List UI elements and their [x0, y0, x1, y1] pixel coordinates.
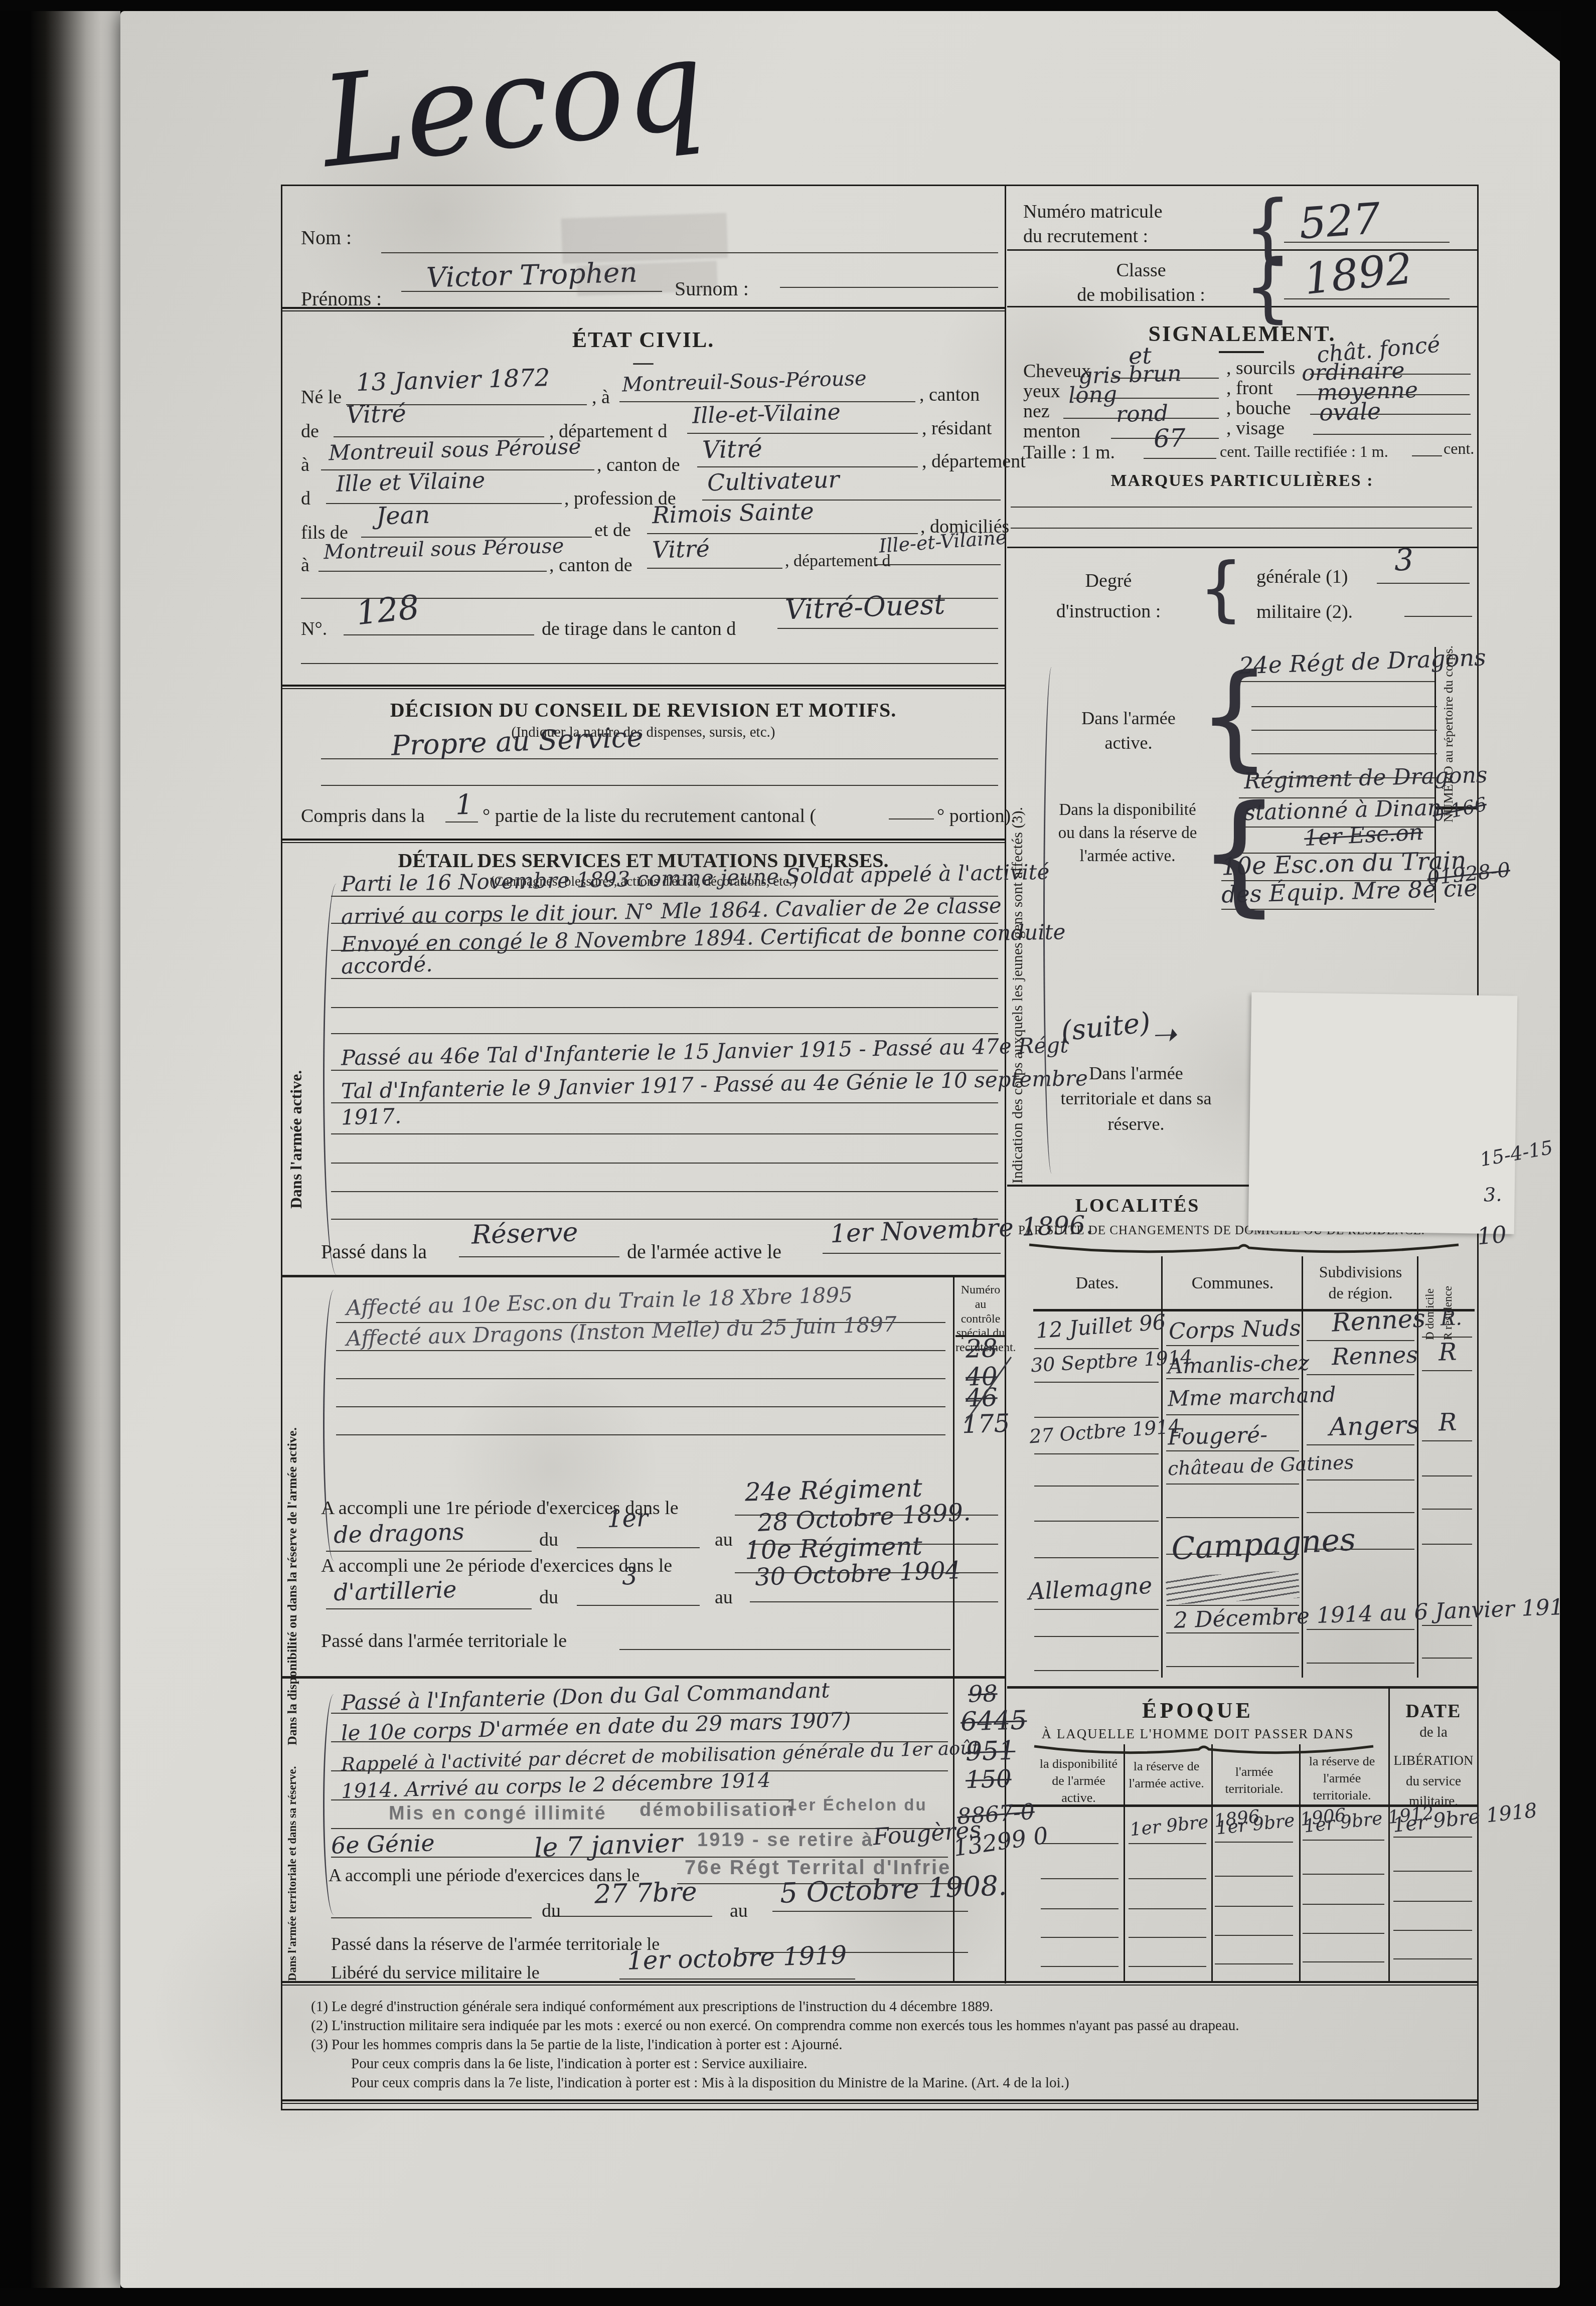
loc-subdiv: Angers: [1329, 1410, 1419, 1442]
ruled-line: [1034, 1486, 1159, 1487]
au-label: au: [715, 1586, 733, 1608]
ruled-line: [321, 785, 998, 786]
controle-num: 175: [962, 1409, 1010, 1439]
tirage-numero: 128: [354, 588, 421, 633]
ruled-line: [1377, 583, 1470, 584]
ruled-line: [282, 307, 1005, 311]
ruled-line: [577, 1547, 700, 1548]
ruled-line: [301, 663, 998, 664]
ruled-line: [1303, 1840, 1384, 1841]
de-label: de: [301, 420, 319, 442]
ruled-line: [445, 821, 478, 822]
ruled-line: [1011, 507, 1472, 508]
ruled-line: [1303, 1874, 1384, 1875]
ruled-line: [1034, 1557, 1159, 1558]
ruled-line: [1215, 1906, 1293, 1907]
epoque-date-col: LIBÉRATIONdu servicemilitaire.: [1390, 1750, 1477, 1811]
ruled-line: [344, 634, 534, 635]
menton: rond: [1115, 401, 1168, 428]
passe-res-terr-label: Passé dans la réserve de l'armée territo…: [331, 1933, 660, 1954]
ruled-line: [1041, 1908, 1119, 1909]
ruled-line: [1307, 1663, 1414, 1664]
ruled-line: [336, 1350, 945, 1351]
degre-label: Degréd'instruction :: [1033, 566, 1184, 627]
ruled-line: [1219, 351, 1264, 353]
ruled-line: [1129, 1966, 1206, 1967]
periode2-suite: d'artillerie: [333, 1576, 457, 1606]
et-de-label: et de: [594, 519, 631, 541]
compris-fin: ° portion).: [937, 805, 1016, 827]
periode2-debut: 3: [621, 1562, 637, 1591]
marge-armee-active: Dans l'armée active.: [287, 998, 305, 1209]
ruled-line: [1034, 1521, 1159, 1522]
epoque-title: ÉPOQUE: [1007, 1698, 1388, 1723]
loc-subdiv: Rennes: [1331, 1303, 1426, 1338]
dept-residence: Ille et Vilaine: [336, 467, 485, 497]
ruled-line: [318, 571, 547, 572]
ruled-line: [1303, 1933, 1384, 1934]
footnote: (3) Pour les hommes compris dans la 5e p…: [311, 2037, 842, 2053]
loc-subdiv: Rennes: [1331, 1341, 1418, 1370]
corps-active-label: Dans l'armée active.: [1061, 706, 1196, 755]
periode-terr-debut: 27 7bre: [594, 1877, 697, 1909]
ruled-line: [1129, 1908, 1206, 1909]
ruled-line: [331, 1102, 998, 1103]
ruled-line: [336, 1378, 945, 1379]
ruled-line: [331, 978, 998, 979]
margin-note: 3.: [1483, 1184, 1502, 1206]
militaire-label: militaire (2).: [1256, 601, 1353, 623]
faint-stamp: [561, 213, 728, 263]
ruled-line: [326, 1608, 532, 1609]
ruled-line: [326, 1551, 532, 1552]
margin-note: 10: [1476, 1221, 1508, 1250]
ruled-line: [1034, 1636, 1159, 1637]
epoque-col4: la réserve de l'armée territoriale.: [1301, 1753, 1383, 1803]
loc-commune: Amanlis-chez: [1167, 1350, 1310, 1378]
ruled-line: [1307, 1512, 1414, 1513]
nom-label: Nom :: [301, 226, 352, 249]
yeux-label: yeux: [1023, 380, 1060, 402]
service-line: accordé.: [341, 952, 433, 979]
ruled-line: [780, 287, 998, 288]
ruled-line: [1388, 1686, 1390, 1981]
ruled-line: [1129, 1878, 1206, 1879]
scan-border: [1561, 0, 1596, 2306]
ruled-line: [619, 1979, 855, 1980]
demobilisation-stamp: démobilisation: [640, 1799, 795, 1821]
compris-label: Compris dans la: [301, 805, 425, 827]
ruled-line: [1007, 1185, 1253, 1187]
generale-label: générale (1): [1256, 566, 1348, 588]
pere: Jean: [376, 501, 430, 531]
brace: {: [1244, 250, 1292, 325]
demobilisation-stamp: 1er Échelon du: [787, 1795, 927, 1815]
ruled-line: [1393, 1901, 1472, 1902]
ruled-line: [1144, 458, 1216, 459]
bouche-label: , bouche: [1226, 397, 1291, 419]
ruled-line: [1007, 1686, 1477, 1689]
loc-commune: Fougeré-: [1167, 1422, 1267, 1450]
nez-label: nez: [1023, 400, 1050, 422]
ruled-line: [331, 1033, 998, 1034]
corps-dispo-label: Dans la disponibilité ou dans la réserve…: [1057, 798, 1198, 868]
demobilisation-stamp: Mis en congé illimité: [389, 1803, 607, 1825]
epoque-date-label2: de la: [1390, 1724, 1477, 1741]
faint-stamp: [576, 261, 718, 296]
periode-terr-label: A accompli une période d'exercices dans …: [329, 1865, 640, 1886]
passe-reserve-label: Passé dans la: [321, 1240, 427, 1263]
scan-border: [0, 0, 1596, 11]
ruled-line: [282, 1275, 1005, 1277]
epoque-col1: la disponibilité de l'armée active.: [1037, 1755, 1120, 1806]
ruled-line: [750, 1601, 998, 1602]
ruled-line: [1166, 1414, 1299, 1415]
prenoms-label: Prénoms :: [301, 287, 382, 310]
ruled-line: [577, 1605, 700, 1606]
menton-label: menton: [1023, 420, 1080, 442]
du-label: du: [539, 1529, 558, 1551]
ruled-line: [619, 1649, 950, 1650]
ruled-line: [1251, 753, 1437, 754]
d-label: d: [301, 487, 310, 510]
col-communes: Communes.: [1164, 1274, 1302, 1293]
profession: Cultivateur: [707, 466, 840, 497]
matricule-label: Numéro matriculedu recrutement :: [1023, 200, 1239, 249]
service-line: 1917.: [341, 1103, 401, 1129]
ruled-line: [1166, 1450, 1299, 1451]
date-conge-hand: le 7 janvier: [534, 1828, 683, 1863]
controle-num-crossed: 28: [965, 1334, 998, 1364]
ruled-line: [1422, 1509, 1472, 1510]
periode1-debut: 1er: [606, 1504, 648, 1533]
passe-reserve-mid: de l'armée active le: [627, 1240, 781, 1263]
epoque-col3: l'armée territoriale.: [1213, 1763, 1296, 1797]
loc-commune2: Mme marchand: [1167, 1382, 1336, 1411]
compris-num: 1: [455, 788, 473, 821]
dept-naissance: Ille-et-Vilaine: [692, 399, 841, 429]
canton-de-label: , canton de: [597, 454, 680, 476]
date-naissance: 13 Janvier 1872: [356, 364, 550, 397]
ruled-line: [1215, 1935, 1293, 1936]
ruled-line: [1011, 528, 1472, 529]
ruled-line: [331, 1163, 998, 1164]
loc-dr: R: [1438, 1408, 1457, 1437]
libere-label: Libéré du service militaire le: [331, 1962, 540, 1983]
nez: long: [1068, 382, 1117, 409]
taille-mid-label: cent. Taille rectifiée : 1 m.: [1220, 442, 1388, 461]
ruled-line: [552, 1916, 712, 1917]
periode2-label: A accompli une 2e période d'exercices da…: [321, 1555, 672, 1577]
ruled-line: [1034, 1453, 1159, 1454]
ruled-line: [1166, 1378, 1299, 1379]
taille-fin-label: cent.: [1444, 439, 1474, 458]
genie-hand: 6e Génie: [331, 1829, 435, 1859]
tirage-canton: Vitré-Ouest: [784, 588, 945, 625]
du-label: du: [542, 1900, 561, 1922]
passe-reserve-val: Réserve: [471, 1217, 578, 1250]
ruled-line: [1393, 1871, 1472, 1872]
ruled-line: [1393, 1958, 1472, 1959]
au-label: au: [715, 1529, 733, 1551]
ruled-line: [331, 1828, 948, 1829]
epoque-subtitle: À LAQUELLE L'HOMME DOIT PASSER DANS: [1007, 1726, 1388, 1742]
ruled-line: [1034, 1609, 1159, 1610]
ruled-line: [1215, 1876, 1293, 1877]
localites-title: LOCALITÉS: [1007, 1195, 1268, 1217]
ruled-line: [1129, 1843, 1206, 1844]
ruled-line: [459, 1256, 619, 1257]
ruled-line: [889, 818, 934, 819]
ruled-line: [331, 1007, 998, 1008]
tirage-no-label: N°.: [301, 618, 327, 640]
ruled-line: [1251, 706, 1437, 707]
ruled-line: [1034, 1382, 1159, 1383]
ruled-line: [282, 839, 1005, 843]
scanned-register-page: Lecoq Nom : Prénoms : Victor Trophen Sur…: [0, 0, 1596, 2306]
ruled-line: [1034, 1670, 1159, 1671]
ruled-line: [1041, 1966, 1119, 1967]
libere-date: 1er octobre 1919: [626, 1940, 847, 1975]
compris-mid: ° partie de la liste du recrutement cant…: [483, 805, 816, 827]
ruled-line: [1307, 1629, 1414, 1630]
ruled-line: [282, 1676, 1005, 1679]
a2-label: à: [301, 454, 309, 476]
front-label: , front: [1226, 377, 1273, 399]
footnote: (1) Le degré d'instruction générale sera…: [311, 1999, 993, 2015]
col-subdivisions: Subdivisionsde région.: [1304, 1262, 1417, 1303]
ruled-line: [1422, 1370, 1472, 1371]
indication-corps-vertical: Indication des corps auxquels les jeunes…: [1009, 652, 1026, 1184]
ruled-line: [1041, 1937, 1119, 1938]
residant-label: , résidant: [922, 417, 992, 439]
generale-value: 3: [1394, 543, 1414, 578]
ruled-line: [1393, 1837, 1472, 1838]
ruled-line: [1422, 1440, 1472, 1441]
ruled-line: [1303, 1961, 1384, 1962]
etat-civil-title: ÉTAT CIVIL.: [281, 327, 1006, 353]
ruled-line: [336, 1434, 945, 1435]
ruled-line: [1307, 1479, 1414, 1480]
decision-subtitle: (Indiquer la nature des dispenses, sursi…: [281, 724, 1006, 741]
decision-title: DÉCISION DU CONSEIL DE REVISION ET MOTIF…: [281, 698, 1006, 722]
ruled-line: [1393, 1930, 1472, 1931]
au-label: au: [730, 1900, 748, 1922]
passe-territoriale-label: Passé dans l'armée territoriale le: [321, 1630, 567, 1652]
corps-territoriale-label: Dans l'armée territoriale et dans sa rés…: [1053, 1061, 1219, 1136]
ruled-line: [282, 685, 1005, 689]
tirage-texte: de tirage dans le canton d: [542, 618, 736, 640]
ruled-line: [1303, 1904, 1384, 1905]
loc-commune: Corps Nuds: [1168, 1315, 1301, 1345]
loc-dr: R: [1438, 1338, 1457, 1367]
ruled-line: [1307, 1374, 1414, 1375]
ruled-line: [1307, 1340, 1414, 1341]
ruled-line: [331, 1133, 998, 1134]
ruled-line: [1129, 1937, 1206, 1938]
ruled-line: [331, 1917, 532, 1918]
dept-label3: , département d: [785, 552, 891, 571]
brace: {: [1199, 554, 1243, 624]
ruled-line: [1251, 730, 1437, 731]
sourcils-label: , sourcils: [1226, 357, 1295, 379]
ruled-line: [647, 533, 918, 534]
brace-ornament: [1028, 1242, 1460, 1256]
ruled-line: [772, 1911, 968, 1912]
scan-border: [0, 2288, 1596, 2306]
ruled-line: [1404, 616, 1472, 617]
periode1-suite: de dragons: [333, 1518, 464, 1549]
marge-territoriale: Dans l'armée territoriale et dans sa rés…: [286, 1700, 299, 1981]
terr-num-crossed: 98: [968, 1680, 998, 1708]
book-spine-page-edges: [31, 0, 120, 2306]
marge-disponibilite: Dans la disponibilité ou dans la réserve…: [285, 1314, 300, 1745]
ruled-line: [777, 628, 998, 629]
ruled-line: [1422, 1475, 1472, 1476]
mere: Rimois Sainte: [652, 498, 814, 529]
ruled-line: [331, 1191, 998, 1192]
ruled-line: [687, 433, 918, 434]
ruled-line: [336, 1406, 945, 1407]
ruled-line: [326, 503, 562, 504]
canton-suffix: , canton: [919, 384, 980, 406]
demobilisation-stamp: 1919 - se retire à: [697, 1830, 874, 1851]
ruled-line: [1166, 1484, 1299, 1485]
canton-de2-label: , canton de: [549, 554, 632, 576]
classe-label: Classede mobilisation :: [1043, 258, 1239, 308]
dept-label2: , département: [922, 450, 1026, 472]
taille-label: Taille : 1 m.: [1023, 441, 1115, 463]
visage: ovale: [1319, 397, 1381, 426]
canton-residence: Vitré: [702, 434, 762, 464]
ruled-line: [875, 564, 1001, 565]
marques-label: MARQUES PARTICULIÈRES :: [1007, 471, 1477, 490]
visage-label: , visage: [1226, 417, 1285, 439]
ruled-line: [647, 568, 782, 569]
ruled-line: [1422, 1544, 1472, 1545]
epoque-date-label: DATE: [1390, 1700, 1477, 1722]
ruled-line: [1422, 1625, 1472, 1626]
ne-le-label: Né le: [301, 386, 342, 408]
ruled-line: [1215, 1842, 1293, 1843]
ruled-line: [823, 1253, 1001, 1254]
ruled-line: [1215, 1963, 1293, 1964]
du-label: du: [539, 1586, 558, 1608]
ruled-line: [1166, 1517, 1299, 1518]
footnote: Pour ceux compris dans la 6e liste, l'in…: [351, 2056, 808, 2072]
ruled-line: [1041, 1843, 1119, 1844]
canton-naissance: Vitré: [346, 399, 406, 429]
a3-label: à: [301, 554, 309, 576]
pasted-paper-slip: [1248, 992, 1518, 1234]
margin-brace: [323, 1290, 345, 1561]
terr-num-crossed: 150: [965, 1765, 1012, 1794]
arrow-annotation: ➝: [1151, 1017, 1177, 1052]
taille: 67: [1153, 423, 1186, 453]
ruled-line: [1313, 434, 1471, 435]
footnote: Pour ceux compris dans la 7e liste, l'in…: [351, 2075, 1069, 2091]
canton-domicile: Vitré: [652, 535, 710, 564]
a-label: , à: [592, 386, 610, 408]
ruled-line: [1166, 1666, 1299, 1667]
epoque-col2: la réserve de l'armée active.: [1125, 1758, 1208, 1792]
ruled-line: [1041, 1878, 1119, 1879]
ruled-line: [282, 2099, 1477, 2104]
loc-dr: R.: [1440, 1306, 1462, 1330]
ruled-line: [1307, 1444, 1414, 1445]
ruled-line: [1422, 1658, 1472, 1659]
ruled-line: [1412, 455, 1442, 456]
matricule-value: 527: [1298, 194, 1382, 249]
footnote: (2) L'instruction militaire sera indiqué…: [311, 2018, 1239, 2034]
col-dates: Dates.: [1033, 1274, 1161, 1293]
